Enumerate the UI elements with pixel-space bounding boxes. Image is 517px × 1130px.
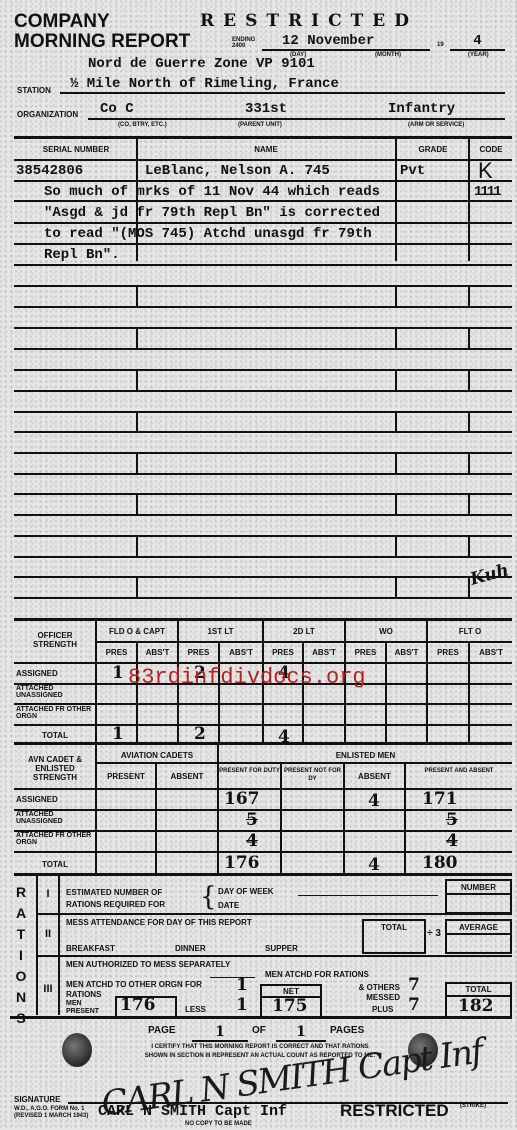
- s2-divide-label: ÷ 3: [426, 928, 442, 939]
- subcol-pres: PRES: [346, 648, 385, 657]
- s3-plus-value: 7: [408, 995, 420, 1015]
- entry-grade: Pvt: [400, 163, 425, 179]
- group-enlisted-men: ENLISTED MEN: [219, 751, 512, 760]
- ending-label: ENDING 2400: [232, 37, 258, 49]
- punch-hole-left: [62, 1033, 92, 1067]
- year-caption: (YEAR): [468, 52, 489, 58]
- col-em-absent: ABSENT: [345, 772, 404, 781]
- copy-note: NO COPY TO BE MADE: [185, 1121, 252, 1127]
- col-present-and-absent: PRESENT AND ABSENT: [406, 767, 512, 775]
- subcol-abst: ABS'T: [304, 648, 344, 657]
- s2-dinner: DINNER: [175, 944, 206, 953]
- s3-men-present-label: MEN PRESENT: [66, 1000, 111, 1016]
- enlisted-strength-title: AVN CADET & ENLISTED STRENGTH: [16, 755, 94, 782]
- year-prefix: 19: [437, 42, 444, 48]
- org-unit: 331st: [245, 101, 287, 117]
- s3-net-value: 175: [272, 996, 308, 1016]
- col-present-not-for-duty: PRESENT NOT FOR DY: [282, 767, 343, 783]
- col-present: PRESENT: [97, 772, 155, 781]
- page-label: PAGE: [148, 1025, 176, 1036]
- em-attached-unassigned-present-duty: 5: [246, 810, 258, 830]
- page-total: 1: [276, 1024, 326, 1042]
- classification-bottom: RESTRICTED: [340, 1101, 449, 1121]
- remark-line-2: "Asgd & jd fr 79th Repl Bn" is corrected: [44, 205, 380, 221]
- row-label-assigned: ASSIGNED: [16, 795, 94, 804]
- s1-date-label: DATE: [218, 901, 239, 910]
- report-year: 4: [450, 33, 505, 51]
- s2-total-label: TOTAL: [364, 923, 424, 932]
- form-title-line2: MORNING REPORT: [14, 32, 190, 52]
- row-label-assigned: ASSIGNED: [16, 669, 94, 678]
- watermark: 83rdinfdivdocs.org: [128, 665, 366, 690]
- em-attached-other-present-absent: 4: [446, 831, 458, 851]
- report-date: 12 November: [262, 33, 430, 51]
- s3-less-label: LESS: [185, 1005, 206, 1014]
- s3-atchd-for-label: MEN ATCHD FOR RATIONS: [265, 970, 369, 979]
- s3-mess-separately-label: MEN AUTHORIZED TO MESS SEPARATELY: [66, 960, 231, 970]
- s1-day-line: [298, 895, 438, 896]
- subcol-pres: PRES: [264, 648, 302, 657]
- subcol-abst: ABS'T: [138, 648, 177, 657]
- officer-strength-title: OFFICER STRENGTH: [16, 631, 94, 649]
- org-company-caption: (CO, BTRY, ETC.): [118, 122, 167, 128]
- page-number: 1: [192, 1024, 248, 1042]
- station-line2: ½ Mile North of Rimeling, France: [60, 76, 505, 94]
- remark-line-4: Repl Bn".: [44, 247, 120, 263]
- signature-label: SIGNATURE: [14, 1095, 61, 1104]
- em-assigned-present-duty: 167: [224, 789, 260, 809]
- s3-atchd-other-value: 1: [236, 975, 248, 995]
- rations-section-ii: II: [38, 928, 58, 940]
- subcol-pres: PRES: [428, 648, 468, 657]
- rations-side-label: RATIONS: [14, 882, 28, 1029]
- entry-serial: 38542806: [16, 163, 83, 179]
- officer-assigned-fld-pres: 1: [112, 663, 124, 683]
- row-label-total: TOTAL: [16, 860, 94, 869]
- morning-report-page: COMPANY MORNING REPORT RESTRICTED ENDING…: [0, 0, 517, 1130]
- group-wo: WO: [346, 627, 426, 636]
- s2-label: MESS ATTENDANCE FOR DAY OF THIS REPORT: [66, 918, 252, 927]
- org-company: Co C: [100, 101, 134, 117]
- row-label-attached-other: ATTACHED FR OTHER ORGN: [16, 832, 94, 846]
- group-aviation-cadets: AVIATION CADETS: [97, 751, 217, 760]
- s3-net-label: NET: [262, 987, 320, 996]
- col-header-name: NAME: [138, 145, 394, 154]
- station-label: STATION: [17, 86, 51, 95]
- signer-name: CARL N SMITH Capt Inf: [98, 1103, 287, 1120]
- remark-line-3: to read "(MOS 745) Atchd unasgd fr 79th: [44, 226, 372, 242]
- group-2d-lt: 2D LT: [264, 627, 344, 636]
- of-label: OF: [252, 1025, 266, 1036]
- org-arm: Infantry: [388, 101, 455, 117]
- col-header-serial: SERIAL NUMBER: [16, 145, 136, 154]
- em-attached-unassigned-present-absent: 5: [446, 810, 458, 830]
- form-title-line1: COMPANY: [14, 12, 110, 32]
- s2-breakfast: BREAKFAST: [66, 944, 115, 953]
- divider: [14, 136, 512, 139]
- subcol-pres: PRES: [179, 648, 218, 657]
- classification-top: RESTRICTED: [200, 11, 418, 31]
- col-present-for-duty: PRESENT FOR DUTY: [219, 767, 280, 775]
- org-arm-caption: (ARM OR SERVICE): [408, 122, 464, 128]
- officer-total-2lt-pres: 4: [278, 727, 290, 747]
- org-unit-caption: (PARENT UNIT): [238, 122, 282, 128]
- em-total-present-absent: 180: [422, 853, 458, 873]
- entry-name: LeBlanc, Nelson A. 745: [145, 163, 330, 179]
- rations-section-iii: III: [38, 983, 58, 995]
- s3-less-value: 1: [236, 995, 248, 1015]
- row-label-attached-unassigned: ATTACHED UNASSIGNED: [16, 685, 94, 699]
- remark-line-1: So much of mrks of 11 Nov 44 which reads: [44, 184, 380, 200]
- s2-average-label: AVERAGE: [447, 923, 510, 932]
- remark-code: 1111: [474, 184, 500, 200]
- entry-code: K: [478, 158, 493, 184]
- s3-total-value: 182: [458, 996, 494, 1016]
- em-attached-other-present-duty: 4: [246, 831, 258, 851]
- officer-total-1lt-pres: 2: [194, 724, 206, 744]
- s3-others-value: 7: [408, 975, 420, 995]
- form-number-label: W.D., A.G.O. FORM No. 1 (REVISED 1 MARCH…: [14, 1106, 99, 1120]
- s2-supper: SUPPER: [265, 944, 298, 953]
- row-label-attached-other: ATTACHED FR OTHER ORGN: [16, 706, 94, 720]
- pages-label: PAGES: [330, 1025, 364, 1036]
- em-assigned-present-absent: 171: [422, 789, 458, 809]
- group-fld-o-capt: FLD O & CAPT: [97, 627, 177, 636]
- s1-brace: {: [200, 882, 217, 912]
- s3-plus-label: PLUS: [372, 1005, 393, 1014]
- row-label-total: TOTAL: [16, 731, 94, 740]
- col-absent: ABSENT: [157, 772, 217, 781]
- organization-label: ORGANIZATION: [17, 110, 78, 119]
- em-total-present-duty: 176: [224, 853, 260, 873]
- month-caption: (MONTH): [375, 52, 401, 58]
- s1-day-label: DAY OF WEEK: [218, 887, 274, 896]
- officer-total-fld-pres: 1: [112, 724, 124, 744]
- row-label-attached-unassigned: ATTACHED UNASSIGNED: [16, 811, 94, 825]
- subcol-abst: ABS'T: [387, 648, 426, 657]
- em-total-absent: 4: [368, 855, 380, 875]
- rations-section-i: I: [38, 888, 58, 900]
- subcol-pres: PRES: [97, 648, 136, 657]
- col-header-grade: GRADE: [398, 145, 468, 154]
- s3-others-label: & OTHERS MESSED: [330, 983, 400, 1003]
- s1-number-label: NUMBER: [447, 883, 510, 892]
- s1-label: ESTIMATED NUMBER OF RATIONS REQUIRED FOR: [66, 887, 196, 911]
- station-line1: Nord de Guerre Zone VP 9101: [88, 56, 315, 72]
- s3-men-present-value: 176: [120, 995, 156, 1015]
- s3-mess-separately-line: [210, 977, 255, 978]
- restricted-caption: (STRIKE): [460, 1103, 486, 1109]
- divider: [14, 159, 512, 161]
- subcol-abst: ABS'T: [470, 648, 512, 657]
- em-assigned-absent: 4: [368, 791, 380, 811]
- group-1st-lt: 1ST LT: [179, 627, 262, 636]
- initials-mark: Kuh: [468, 560, 511, 589]
- s3-total-label: TOTAL: [447, 985, 510, 994]
- col-header-code: CODE: [470, 145, 512, 154]
- group-flt-o: FLT O: [428, 627, 512, 636]
- subcol-abst: ABS'T: [220, 648, 262, 657]
